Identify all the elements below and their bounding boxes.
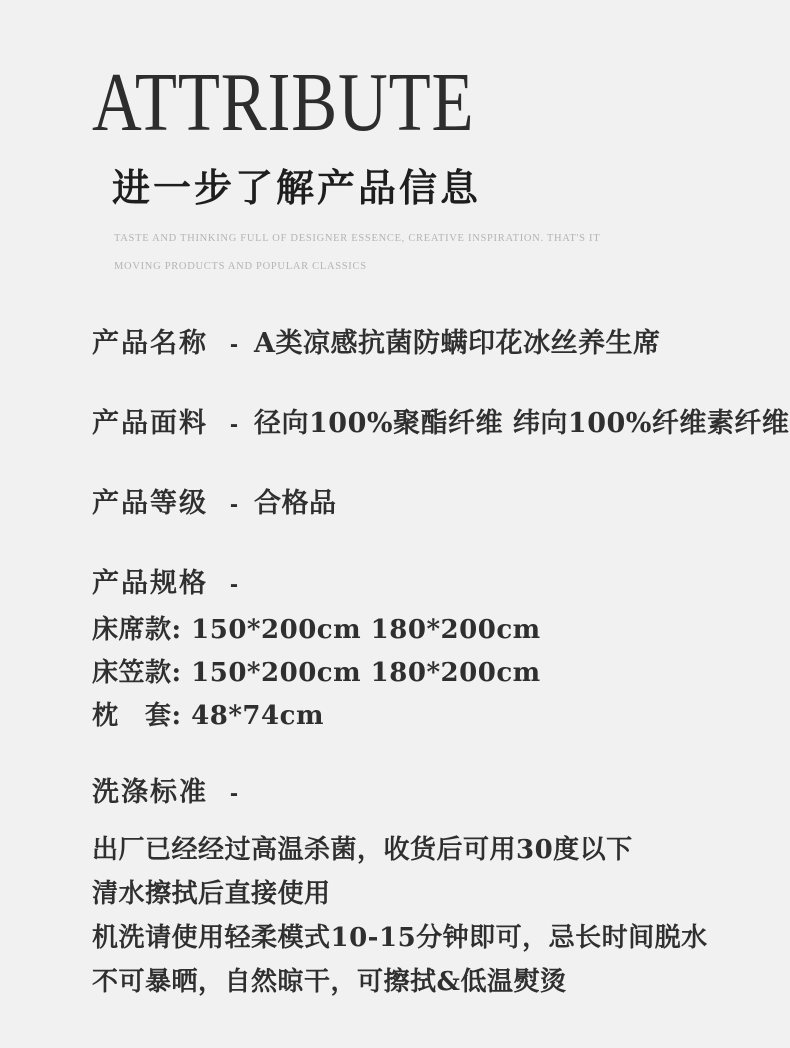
attribute-row-product-name: 产品名称 - A类凉感抗菌防螨印花冰丝养生席 (92, 325, 750, 363)
spec-detail-line: 床笠款: 150*200cm 180*200cm (92, 652, 750, 695)
attribute-label: 洗涤标准 (92, 774, 208, 810)
attribute-label: 产品规格 (92, 565, 208, 601)
spec-detail-line: 枕 套: 48*74cm (92, 695, 750, 738)
washing-detail-line: 机洗请使用轻柔模式10-15分钟即可，忌长时间脱水 (92, 916, 750, 960)
attribute-row-fabric: 产品面料 - 径向100%聚酯纤维 纬向100%纤维素纤维 (92, 405, 750, 443)
spec-detail-list: 床席款: 150*200cm 180*200cm 床笠款: 150*200cm … (92, 609, 750, 738)
tagline-group: TASTE AND THINKING FULL OF DESIGNER ESSE… (114, 225, 790, 281)
spec-heading: 产品规格 - (92, 565, 750, 603)
attribute-label: 产品名称 (92, 325, 208, 361)
section-subtitle: 进一步了解产品信息 (112, 167, 790, 209)
attribute-list: 产品名称 - A类凉感抗菌防螨印花冰丝养生席 产品面料 - 径向100%聚酯纤维… (0, 325, 790, 1004)
attribute-row-spec: 产品规格 - 床席款: 150*200cm 180*200cm 床笠款: 150… (92, 565, 750, 738)
attribute-separator: - (230, 487, 238, 523)
section-title: ATTRIBUTE (92, 64, 664, 141)
washing-detail-line: 不可暴晒，自然晾干，可擦拭&低温熨烫 (92, 960, 750, 1004)
spec-detail-line: 床席款: 150*200cm 180*200cm (92, 609, 750, 652)
attribute-value: 合格品 (254, 486, 337, 522)
header-section: ATTRIBUTE 进一步了解产品信息 TASTE AND THINKING F… (0, 0, 790, 281)
attribute-value: A类凉感抗菌防螨印花冰丝养生席 (254, 326, 660, 362)
attribute-label: 产品面料 (92, 405, 208, 441)
attribute-label: 产品等级 (92, 485, 208, 521)
tagline-line-2: MOVING PRODUCTS AND POPULAR CLASSICS (114, 253, 790, 281)
attribute-value: 径向100%聚酯纤维 纬向100%纤维素纤维 (254, 406, 789, 442)
washing-detail-list: 出厂已经经过高温杀菌，收货后可用30度以下 清水擦拭后直接使用 机洗请使用轻柔模… (92, 828, 750, 1004)
product-attribute-panel: ATTRIBUTE 进一步了解产品信息 TASTE AND THINKING F… (0, 0, 790, 1048)
attribute-row-grade: 产品等级 - 合格品 (92, 485, 750, 523)
washing-detail-line: 清水擦拭后直接使用 (92, 872, 750, 916)
washing-detail-line: 出厂已经经过高温杀菌，收货后可用30度以下 (92, 828, 750, 872)
washing-heading: 洗涤标准 - (92, 774, 750, 812)
attribute-separator: - (230, 407, 238, 443)
attribute-separator: - (230, 327, 238, 363)
attribute-row-washing: 洗涤标准 - 出厂已经经过高温杀菌，收货后可用30度以下 清水擦拭后直接使用 机… (92, 774, 750, 1004)
attribute-separator: - (230, 776, 238, 812)
attribute-separator: - (230, 567, 238, 603)
tagline-line-1: TASTE AND THINKING FULL OF DESIGNER ESSE… (114, 225, 790, 253)
